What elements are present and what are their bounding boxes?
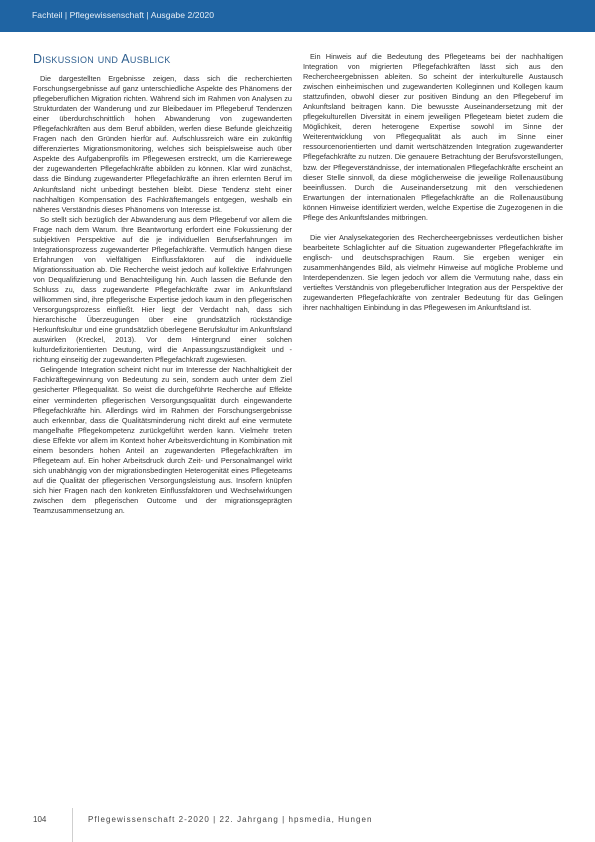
right-column: Ein Hinweis auf die Bedeutung des Pflege…: [303, 52, 563, 313]
running-title: Fachteil | Pflegewissenschaft | Ausgabe …: [32, 10, 214, 20]
paragraph: Gelingende Integration scheint nicht nur…: [33, 365, 292, 516]
running-header: Fachteil | Pflegewissenschaft | Ausgabe …: [0, 0, 595, 32]
paragraph: Ein Hinweis auf die Bedeutung des Pflege…: [303, 52, 563, 223]
footer-divider: [72, 808, 73, 842]
paragraph: So stellt sich bezüglich der Abwanderung…: [33, 215, 292, 366]
paragraph: Die dargestellten Ergebnisse zeigen, das…: [33, 74, 292, 215]
left-column: Die dargestellten Ergebnisse zeigen, das…: [33, 74, 292, 516]
paragraph: Die vier Analysekategorien des Recherche…: [303, 233, 563, 313]
footer-citation: Pflegewissenschaft 2-2020 | 22. Jahrgang…: [88, 815, 372, 824]
section-title: Diskussion und Ausblick: [33, 52, 171, 66]
page-number: 104: [33, 815, 46, 824]
